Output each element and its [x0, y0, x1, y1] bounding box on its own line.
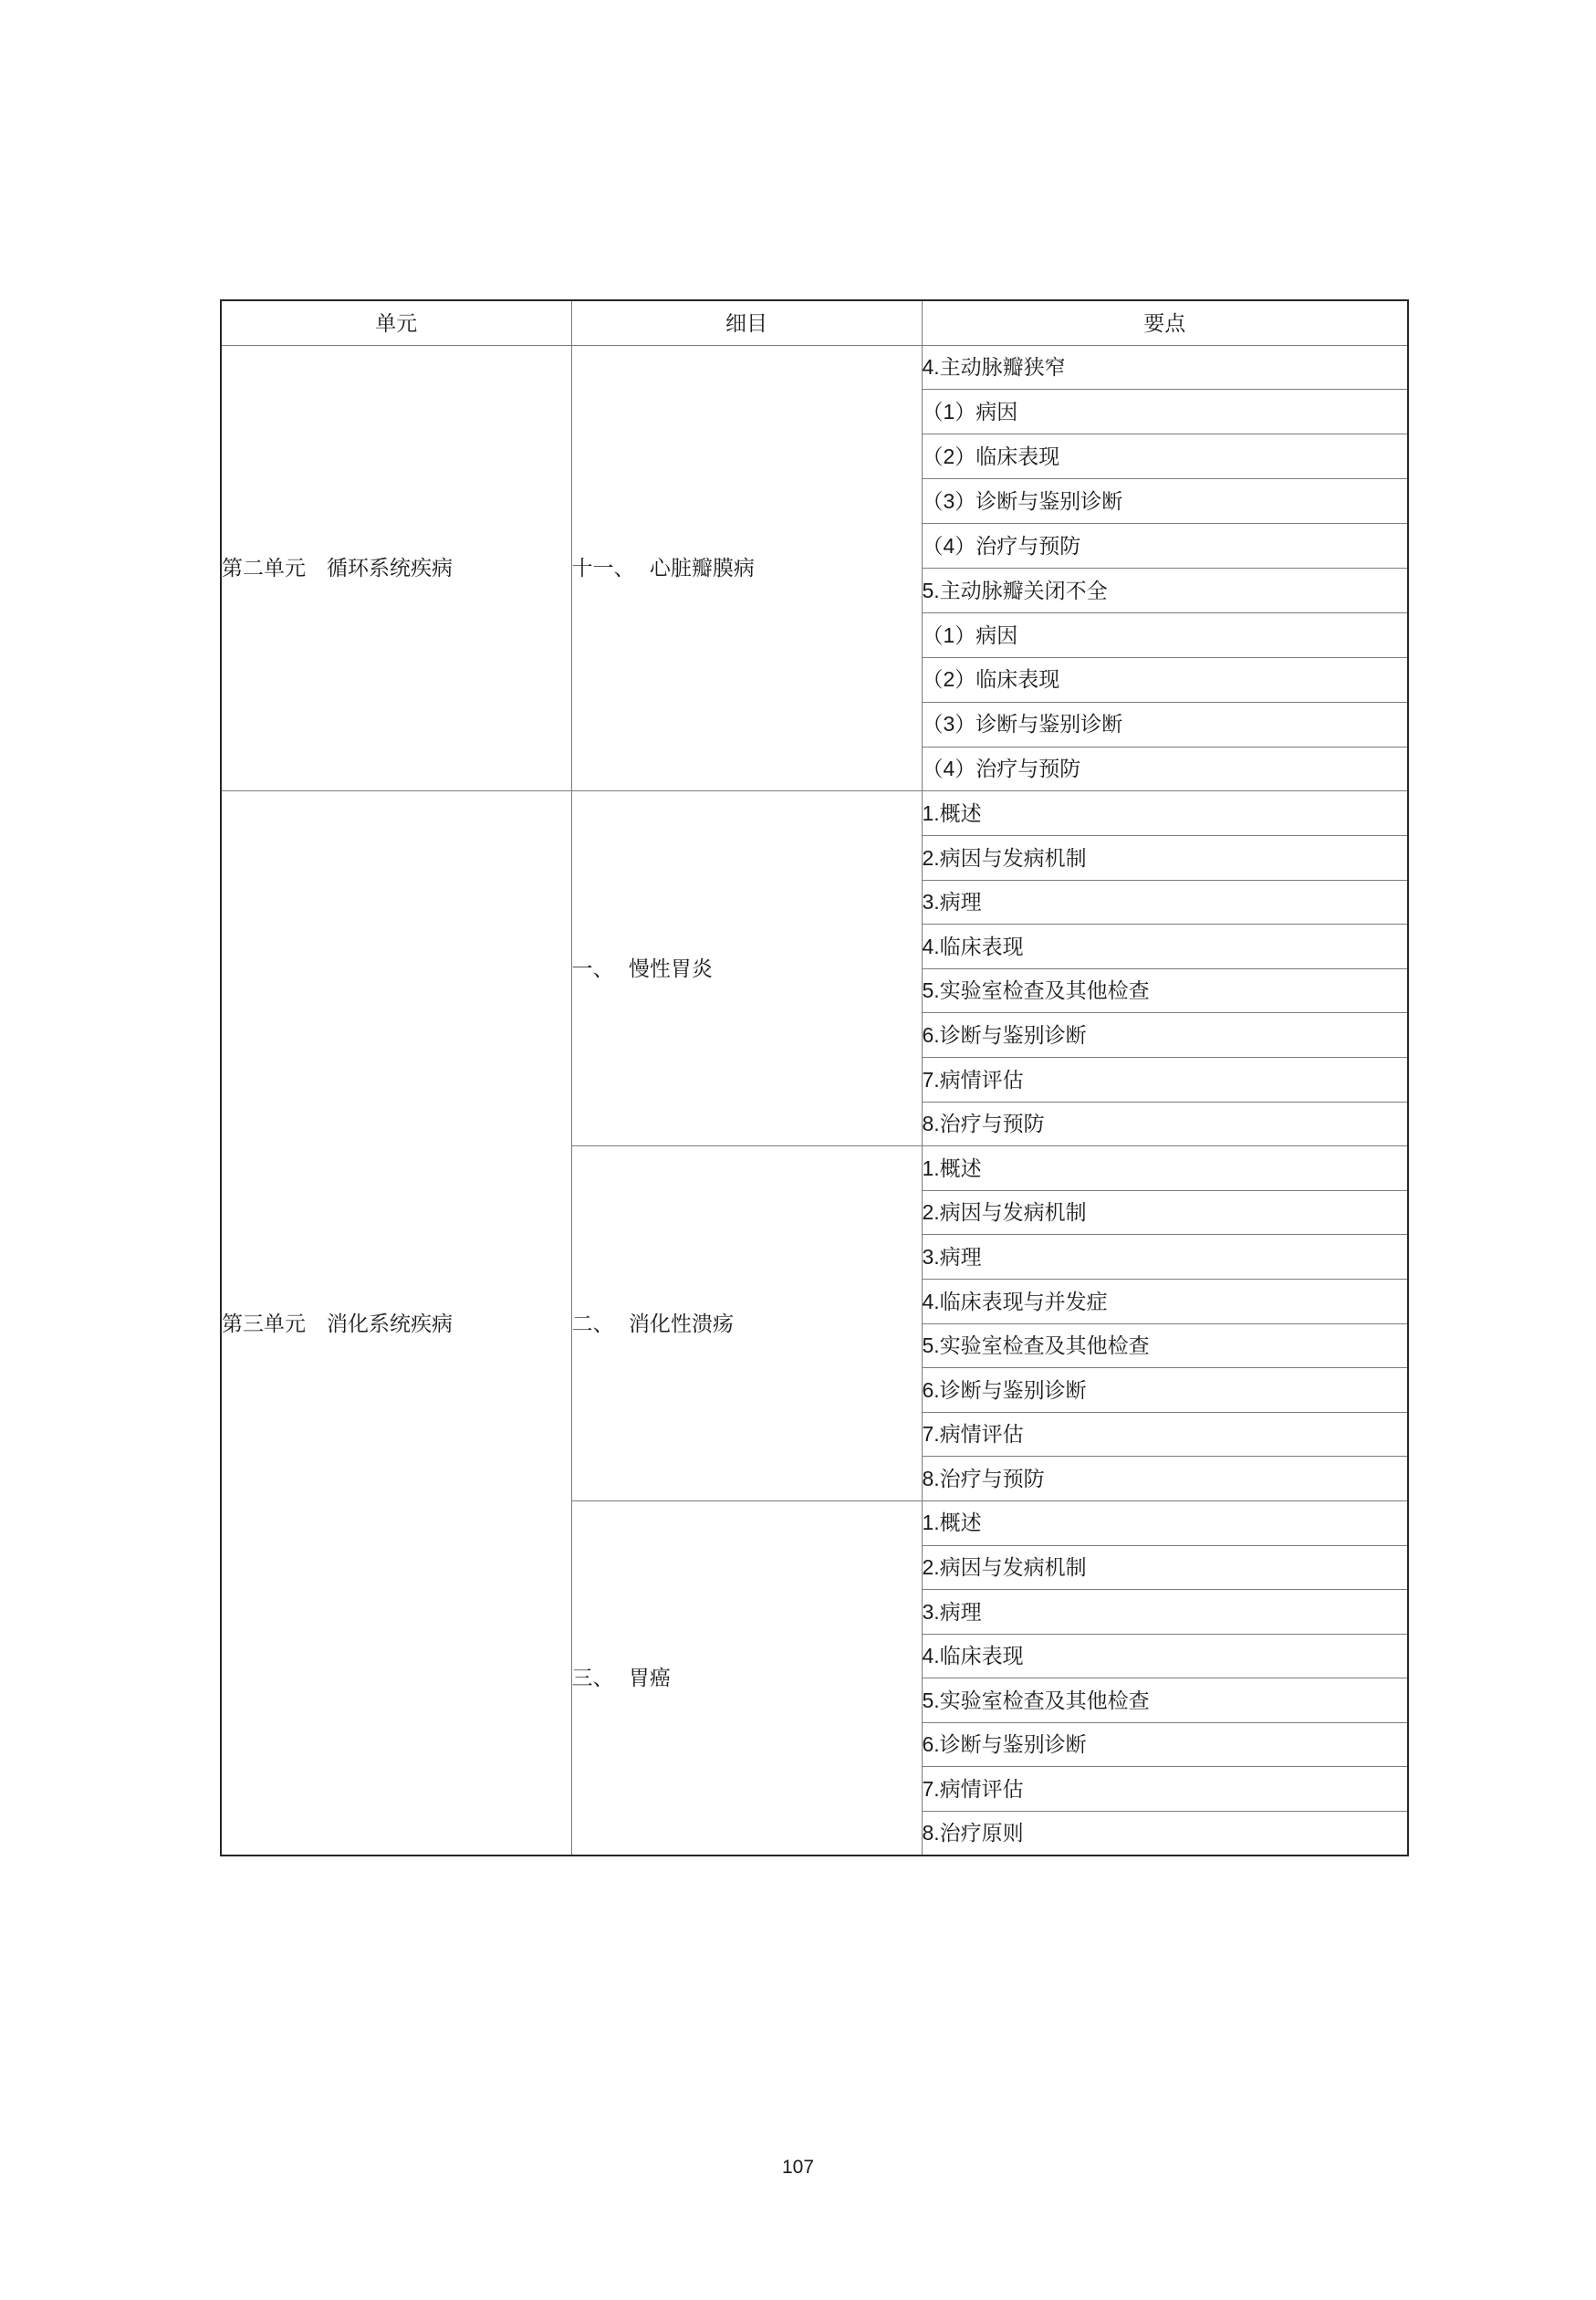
point-cell: 3.病理 — [922, 880, 1408, 925]
point-cell: 8.治疗与预防 — [922, 1102, 1408, 1146]
column-header-unit: 单元 — [221, 300, 571, 345]
point-cell: 1.概述 — [922, 1500, 1408, 1545]
point-cell: 3.病理 — [922, 1590, 1408, 1635]
point-cell: 5.实验室检查及其他检查 — [922, 968, 1408, 1013]
detail-cell-chronic-gastritis: 一、 慢性胃炎 — [571, 791, 922, 1146]
detail-cell-heart-valve-disease: 十一、 心脏瓣膜病 — [571, 345, 922, 791]
column-header-points: 要点 — [922, 300, 1408, 345]
point-cell: 4.临床表现与并发症 — [922, 1279, 1408, 1323]
point-cell: 5.实验室检查及其他检查 — [922, 1678, 1408, 1723]
point-cell: （2）临床表现 — [922, 434, 1408, 479]
syllabus-table: 单元 细目 要点 第二单元 循环系统疾病 十一、 心脏瓣膜病 4.主动脉瓣狭窄 … — [220, 299, 1409, 1856]
point-cell: 4.临床表现 — [922, 1634, 1408, 1678]
point-cell: 7.病情评估 — [922, 1767, 1408, 1812]
point-cell: 7.病情评估 — [922, 1057, 1408, 1102]
point-cell: 1.概述 — [922, 1146, 1408, 1191]
table-row: 第二单元 循环系统疾病 十一、 心脏瓣膜病 4.主动脉瓣狭窄 — [221, 345, 1408, 390]
detail-cell-peptic-ulcer: 二、 消化性溃疡 — [571, 1146, 922, 1501]
table-header-row: 单元 细目 要点 — [221, 300, 1408, 345]
point-cell: 2.病因与发病机制 — [922, 1545, 1408, 1590]
point-cell: 7.病情评估 — [922, 1412, 1408, 1457]
point-cell: （3）诊断与鉴别诊断 — [922, 702, 1408, 747]
point-cell: 6.诊断与鉴别诊断 — [922, 1013, 1408, 1058]
point-cell: （3）诊断与鉴别诊断 — [922, 479, 1408, 524]
point-cell: 2.病因与发病机制 — [922, 836, 1408, 881]
point-cell: 4.临床表现 — [922, 925, 1408, 969]
point-cell: （4）治疗与预防 — [922, 524, 1408, 569]
point-cell: 4.主动脉瓣狭窄 — [922, 345, 1408, 390]
point-cell: 1.概述 — [922, 791, 1408, 836]
column-header-detail: 细目 — [571, 300, 922, 345]
point-cell: 3.病理 — [922, 1235, 1408, 1280]
detail-cell-gastric-cancer: 三、 胃癌 — [571, 1500, 922, 1856]
point-cell: 2.病因与发病机制 — [922, 1190, 1408, 1235]
unit-cell-circulatory: 第二单元 循环系统疾病 — [221, 345, 571, 791]
point-cell: 5.主动脉瓣关闭不全 — [922, 568, 1408, 612]
point-cell: （1）病因 — [922, 390, 1408, 434]
point-cell: 8.治疗与预防 — [922, 1457, 1408, 1501]
document-page: 单元 细目 要点 第二单元 循环系统疾病 十一、 心脏瓣膜病 4.主动脉瓣狭窄 … — [0, 0, 1596, 2300]
unit-cell-digestive: 第三单元 消化系统疾病 — [221, 791, 571, 1856]
point-cell: 8.治疗原则 — [922, 1812, 1408, 1856]
table-row: 第三单元 消化系统疾病 一、 慢性胃炎 1.概述 — [221, 791, 1408, 836]
point-cell: 5.实验室检查及其他检查 — [922, 1323, 1408, 1368]
page-number: 107 — [0, 2157, 1596, 2179]
point-cell: （4）治疗与预防 — [922, 747, 1408, 791]
point-cell: 6.诊断与鉴别诊断 — [922, 1368, 1408, 1413]
point-cell: 6.诊断与鉴别诊断 — [922, 1722, 1408, 1767]
point-cell: （1）病因 — [922, 612, 1408, 657]
point-cell: （2）临床表现 — [922, 657, 1408, 702]
